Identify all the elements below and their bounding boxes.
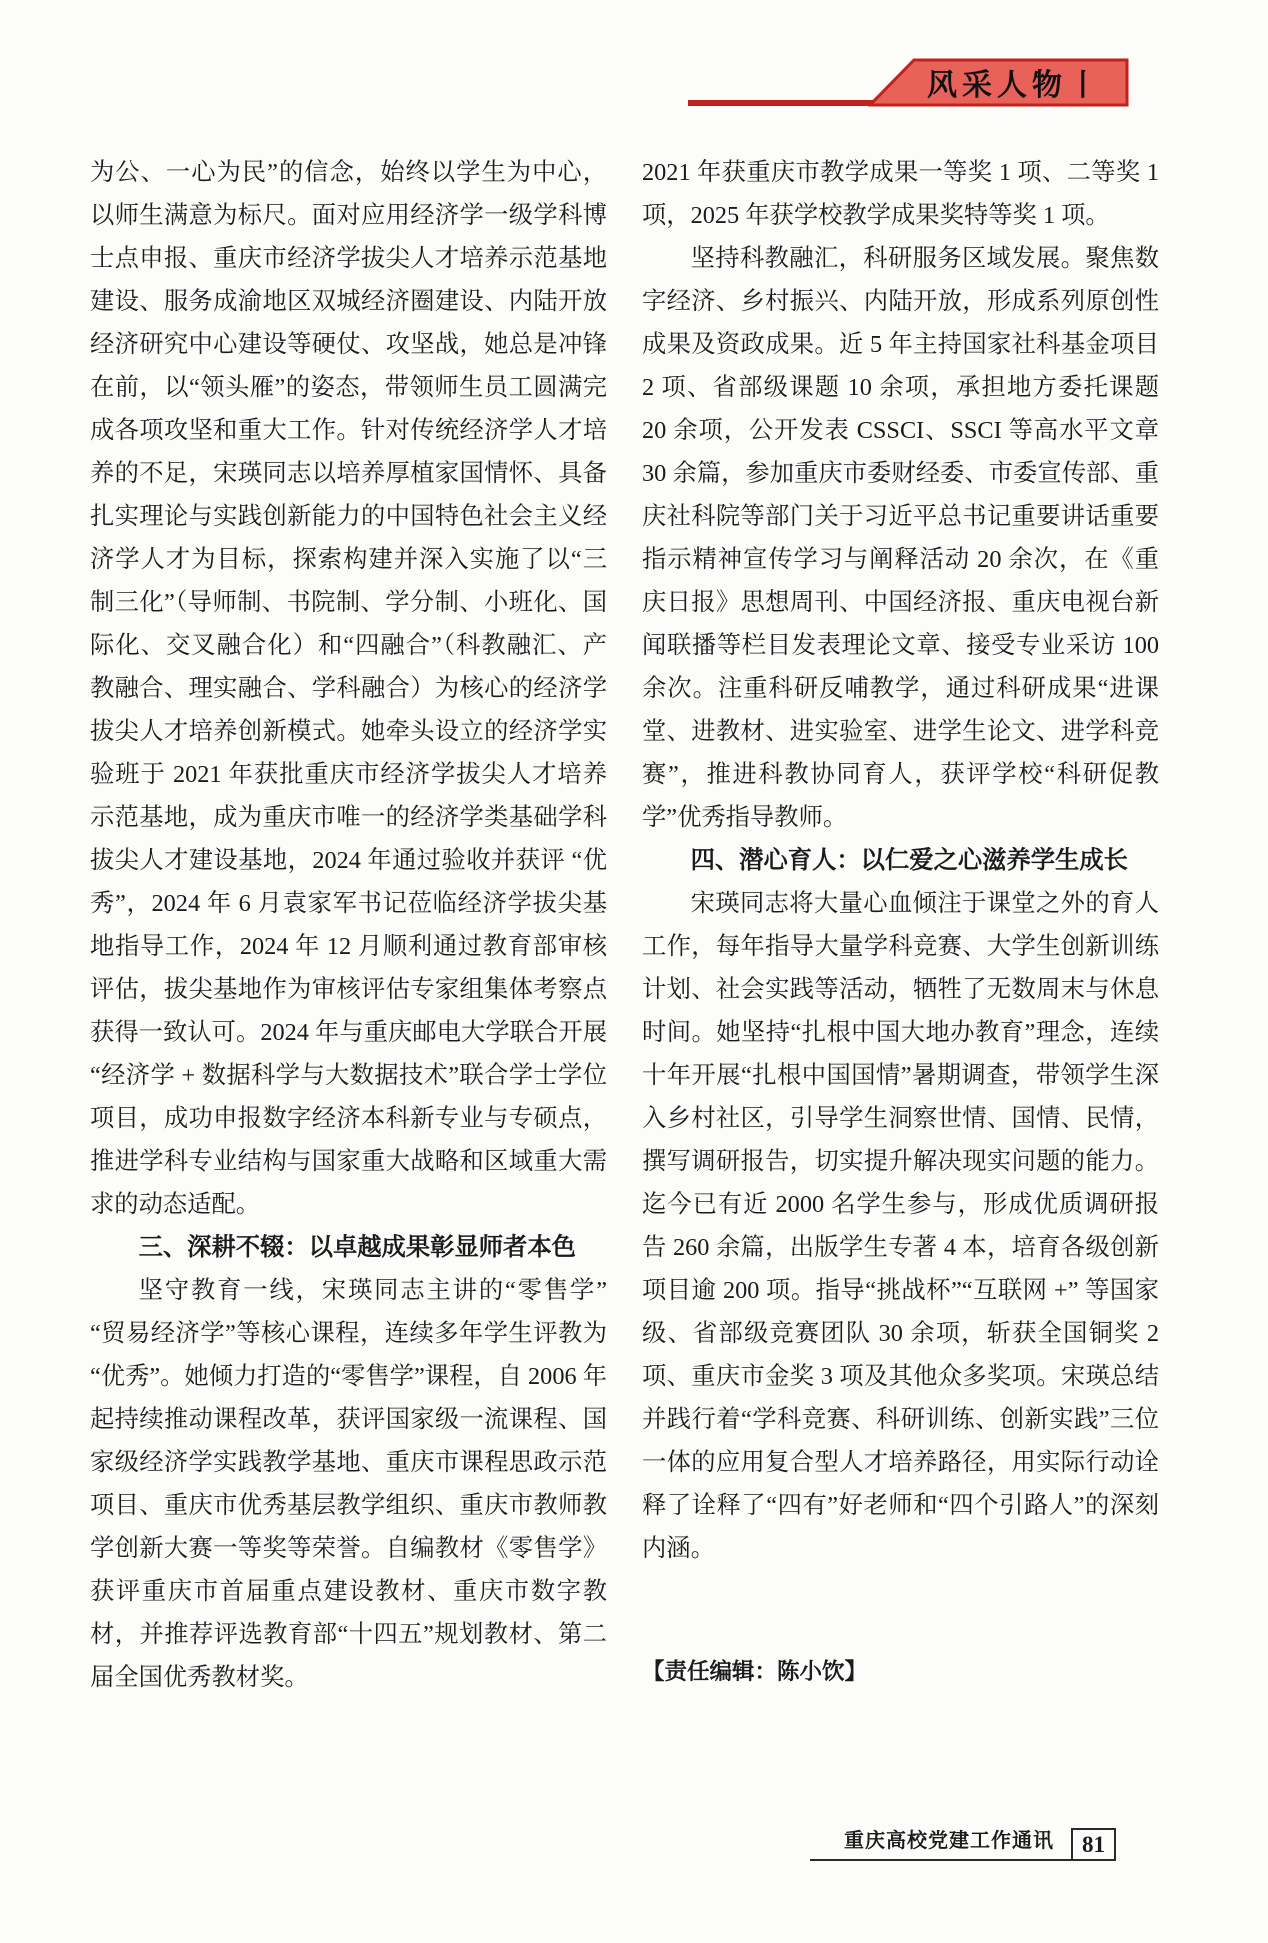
section-heading-four: 四、潜心育人：以仁爱之心滋养学生成长 xyxy=(642,839,1159,882)
page-footer: 重庆高校党建工作通讯 81 xyxy=(810,1824,1116,1861)
section-heading-three: 三、深耕不辍：以卓越成果彰显师者本色 xyxy=(90,1226,607,1269)
left-column: 为公、一心为民”的信念，始终以学生为中心，以师生满意为标尺。面对应用经济学一级学… xyxy=(90,151,607,1699)
paragraph-continuation: 2021 年获重庆市教学成果一等奖 1 项、二等奖 1 项，2025 年获学校教… xyxy=(642,151,1159,237)
paragraph: 坚持科教融汇，科研服务区域发展。聚焦数字经济、乡村振兴、内陆开放，形成系列原创性… xyxy=(642,237,1159,839)
journal-title: 重庆高校党建工作通讯 xyxy=(844,1824,1054,1859)
paragraph-continuation: 为公、一心为民”的信念，始终以学生为中心，以师生满意为标尺。面对应用经济学一级学… xyxy=(90,151,607,1226)
page-number: 81 xyxy=(1071,1828,1116,1859)
banner-text: 风采人物丨 xyxy=(908,58,1122,106)
editor-credit: 【责任编辑：陈小饮】 xyxy=(642,1654,1107,1690)
banner-rule-line xyxy=(688,100,883,106)
paragraph: 坚守教育一线，宋瑛同志主讲的“零售学”“贸易经济学”等核心课程，连续多年学生评教… xyxy=(90,1269,607,1699)
magazine-page: 风采人物丨 为公、一心为民”的信念，始终以学生为中心，以师生满意为标尺。面对应用… xyxy=(0,0,1268,1943)
right-column: 2021 年获重庆市教学成果一等奖 1 项、二等奖 1 项，2025 年获学校教… xyxy=(642,151,1159,1699)
paragraph: 宋瑛同志将大量心血倾注于课堂之外的育人工作，每年指导大量学科竞赛、大学生创新训练… xyxy=(642,882,1159,1570)
article-body: 为公、一心为民”的信念，始终以学生为中心，以师生满意为标尺。面对应用经济学一级学… xyxy=(90,151,1159,1699)
banner-divider-bar: 丨 xyxy=(1068,60,1103,104)
section-banner: 风采人物丨 xyxy=(868,58,1130,108)
section-banner-label: 风采人物 xyxy=(927,60,1067,104)
